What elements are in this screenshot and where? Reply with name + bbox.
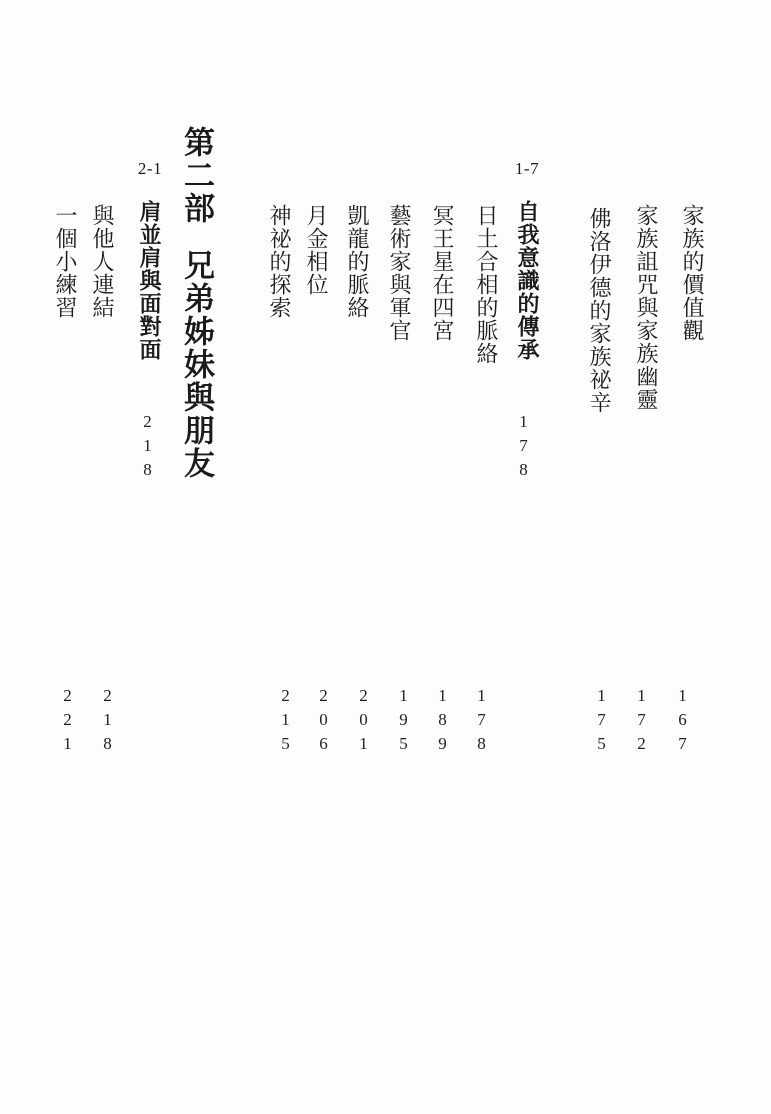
toc-entry-title: 日土合相的脈絡 <box>475 204 497 365</box>
section-number-label: 1-7 <box>507 159 547 179</box>
toc-entry-title: 凱龍的脈絡 <box>346 204 368 319</box>
toc-entry-title: 冥王星在四宮 <box>431 204 453 342</box>
toc-entry-title: 家族的價值觀 <box>681 204 703 342</box>
toc-entry-page: 172 <box>632 686 650 758</box>
toc-entry-title: 佛洛伊德的家族祕辛 <box>588 207 610 414</box>
toc-entry-page: 175 <box>592 686 610 758</box>
toc-entry-title: 與他人連結 <box>91 204 113 319</box>
section-title: 肩並肩與面對面 <box>138 200 160 361</box>
toc-entry-page: 221 <box>58 686 76 758</box>
toc-entry-page: 167 <box>673 686 691 758</box>
toc-entry-page: 189 <box>433 686 451 758</box>
toc-entry-title: 月金相位 <box>305 204 327 296</box>
toc-entry-page: 206 <box>314 686 332 758</box>
section-page-number: 178 <box>514 412 532 484</box>
part-name: 兄弟姊妹與朋友 <box>179 249 214 480</box>
toc-entry-title: 家族詛咒與家族幽靈 <box>635 204 657 411</box>
part-title: 第二部兄弟姊妹與朋友 <box>181 126 212 480</box>
toc-entry-title: 一個小練習 <box>54 204 76 319</box>
toc-entry-page: 215 <box>276 686 294 758</box>
section-title: 自我意識的傳承 <box>516 200 538 361</box>
toc-entry-page: 178 <box>472 686 490 758</box>
section-page-number: 218 <box>138 412 156 484</box>
toc-entry-title: 神祕的探索 <box>268 204 290 319</box>
part-number: 第二部 <box>179 126 214 225</box>
toc-entry-page: 195 <box>394 686 412 758</box>
toc-entry-title: 藝術家與軍官 <box>388 204 410 342</box>
book-toc-page: 家族的價值觀 家族詛咒與家族幽靈 佛洛伊德的家族祕辛 1-7 自我意識的傳承 1… <box>0 0 771 1114</box>
toc-entry-page: 201 <box>354 686 372 758</box>
section-number-label: 2-1 <box>130 159 170 179</box>
toc-entry-page: 218 <box>98 686 116 758</box>
